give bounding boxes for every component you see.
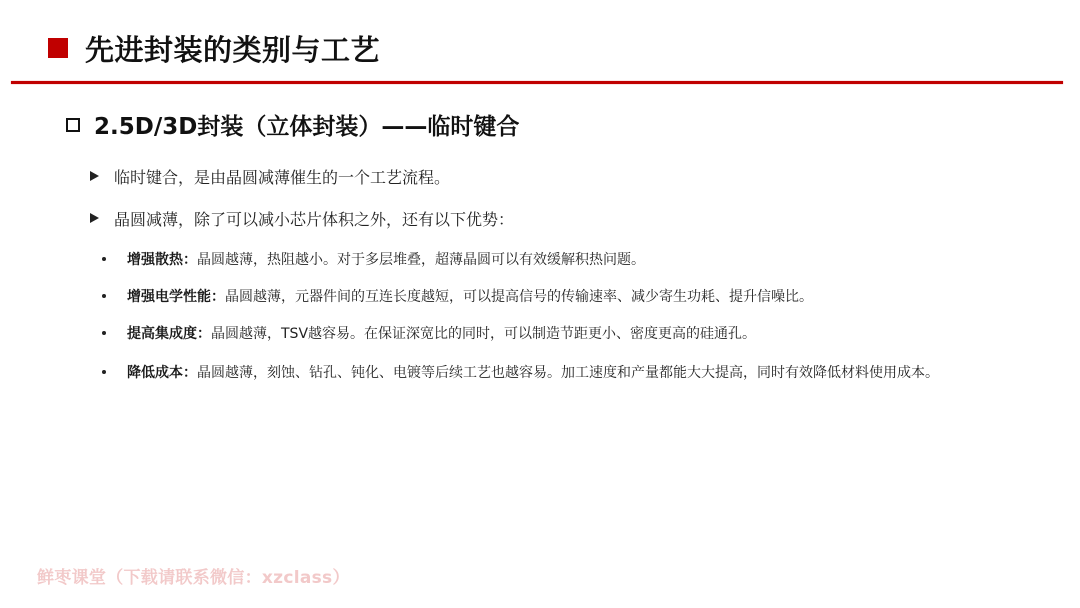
- section-heading-text: 2.5D/3D封装（立体封装）——临时键合: [94, 108, 519, 141]
- advantage-label: 提高集成度：: [127, 323, 211, 343]
- advantage-label: 降低成本：: [127, 362, 197, 382]
- advantage-text: 晶圆越薄，元器件间的互连长度越短，可以提高信号的传输速率、减少寄生功耗、提升信噪…: [225, 286, 813, 306]
- advantage-text: 晶圆越薄，刻蚀、钻孔、钝化、电镀等后续工艺也越容易。加工速度和产量都能大大提高，…: [197, 362, 939, 382]
- section-heading: 2.5D/3D封装（立体封装）——临时键合: [66, 106, 519, 142]
- dot-bullet-icon: [102, 331, 106, 335]
- advantage-text: 晶圆越薄，TSV越容易。在保证深宽比的同时，可以制造节距更小、密度更高的硅通孔。: [211, 323, 756, 343]
- title-square-icon: [48, 38, 68, 58]
- slide-title: 先进封装的类别与工艺: [85, 28, 380, 69]
- advantage-label: 增强散热：: [127, 249, 197, 269]
- dot-bullet-icon: [102, 257, 106, 261]
- watermark: 鲜枣课堂（下载请联系微信：xzclass）: [37, 563, 350, 588]
- point-item: 临时键合，是由晶圆减薄催生的一个工艺流程。: [90, 164, 450, 188]
- point-text: 临时键合，是由晶圆减薄催生的一个工艺流程。: [114, 165, 450, 188]
- advantage-text: 晶圆越薄，热阻越小。对于多层堆叠，超薄晶圆可以有效缓解积热问题。: [197, 249, 645, 269]
- dot-bullet-icon: [102, 370, 106, 374]
- arrow-bullet-icon: [90, 213, 99, 223]
- advantage-item: 提高集成度： 晶圆越薄，TSV越容易。在保证深宽比的同时，可以制造节距更小、密度…: [102, 322, 756, 344]
- slide-title-bar: 先进封装的类别与工艺: [48, 28, 380, 68]
- point-item: 晶圆减薄，除了可以减小芯片体积之外，还有以下优势：: [90, 206, 514, 230]
- advantage-label: 增强电学性能：: [127, 286, 225, 306]
- advantage-item: 增强散热： 晶圆越薄，热阻越小。对于多层堆叠，超薄晶圆可以有效缓解积热问题。: [102, 248, 645, 270]
- advantage-item: 降低成本： 晶圆越薄，刻蚀、钻孔、钝化、电镀等后续工艺也越容易。加工速度和产量都…: [102, 361, 939, 383]
- dot-bullet-icon: [102, 294, 106, 298]
- arrow-bullet-icon: [90, 171, 99, 181]
- hollow-square-bullet-icon: [66, 118, 80, 132]
- title-divider: [11, 81, 1063, 84]
- advantage-item: 增强电学性能： 晶圆越薄，元器件间的互连长度越短，可以提高信号的传输速率、减少寄…: [102, 285, 813, 307]
- point-text: 晶圆减薄，除了可以减小芯片体积之外，还有以下优势：: [114, 207, 514, 230]
